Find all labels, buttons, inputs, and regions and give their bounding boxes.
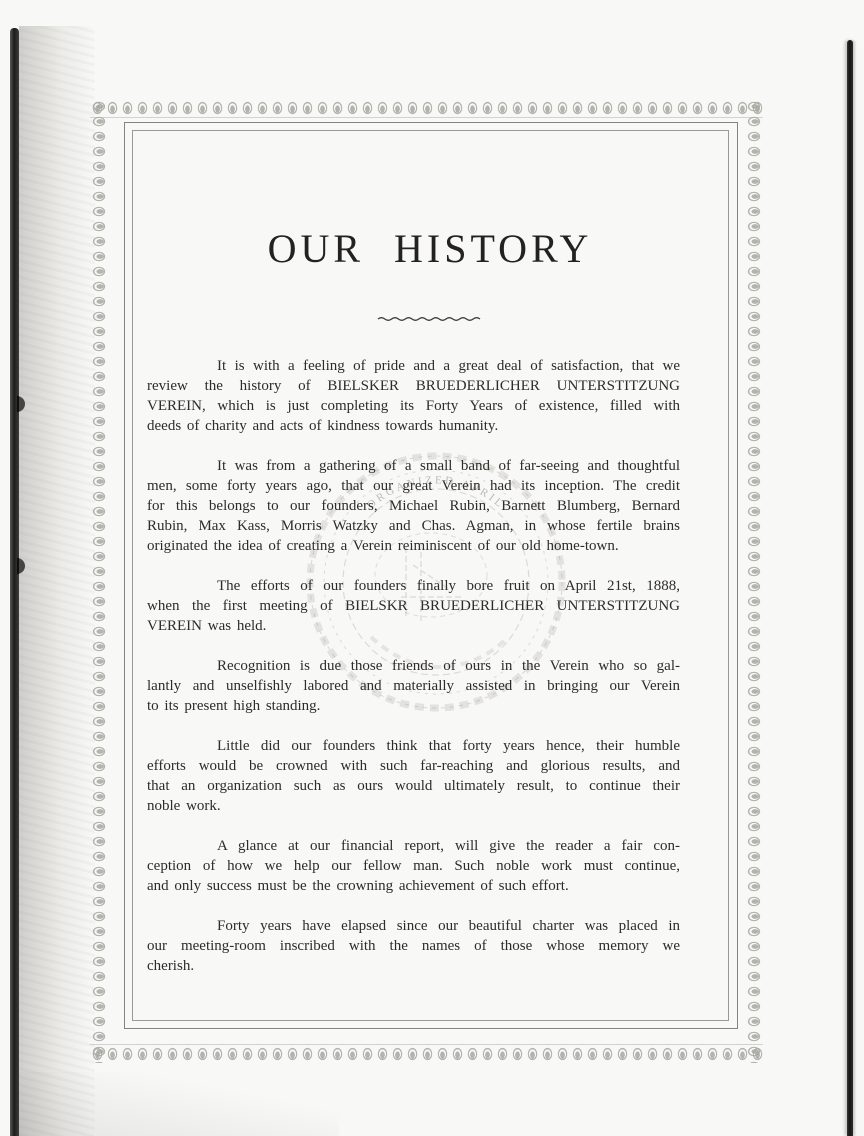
wavy-rule-divider xyxy=(376,315,484,323)
border-band-left xyxy=(90,99,108,1063)
text-line: deeds of charity and acts of kindness to… xyxy=(147,416,680,436)
text-line: that an organization such as ours would … xyxy=(147,776,680,796)
border-band-top xyxy=(90,99,763,118)
body-paragraph: The efforts of our founders finally bore… xyxy=(147,576,680,636)
text-line: men, some forty years ago, that our grea… xyxy=(147,476,680,496)
text-line: and only success must be the crowning ac… xyxy=(147,876,680,896)
book-gutter-shadow xyxy=(10,28,19,1136)
text-line: efforts would be crowned with such far-r… xyxy=(147,756,680,776)
body-paragraph: It is with a feeling of pride and a grea… xyxy=(147,356,680,436)
border-band-bottom xyxy=(90,1044,763,1063)
page-edge-line xyxy=(847,40,853,1136)
text-line: cherish. xyxy=(147,956,680,976)
text-line: A glance at our financial report, will g… xyxy=(147,836,680,856)
text-line: The efforts of our founders finally bore… xyxy=(147,576,680,596)
page-content: OUR HISTORY It is with a feeling of prid… xyxy=(132,130,728,996)
text-line: for this belongs to our founders, Michae… xyxy=(147,496,680,516)
body-paragraph: Forty years have elapsed since our beaut… xyxy=(147,916,680,976)
text-line: to its present high standing. xyxy=(147,696,680,716)
page-edge-shading xyxy=(19,26,95,1136)
body-paragraph: A glance at our financial report, will g… xyxy=(147,836,680,896)
text-line: when the first meeting of BIELSKR BRUEDE… xyxy=(147,596,680,616)
text-line: ception of how we help our fellow man. S… xyxy=(147,856,680,876)
page-title: OUR HISTORY xyxy=(132,227,728,271)
page-corner-shading xyxy=(19,1072,339,1136)
text-line: lantly and unselfishly labored and mater… xyxy=(147,676,680,696)
text-line: originated the idea of creating a Verein… xyxy=(147,536,680,556)
border-band-right xyxy=(745,99,763,1063)
text-line: It is with a feeling of pride and a grea… xyxy=(147,356,680,376)
text-line: Rubin, Max Kass, Morris Watzky and Chas.… xyxy=(147,516,680,536)
text-line: our meeting-room inscribed with the name… xyxy=(147,936,680,956)
text-line: It was from a gathering of a small band … xyxy=(147,456,680,476)
text-line: VEREIN was held. xyxy=(147,616,680,636)
text-line: review the history of BIELSKER BRUEDERLI… xyxy=(147,376,680,396)
text-line: VEREIN, which is just completing its For… xyxy=(147,396,680,416)
text-line: Little did our founders think that forty… xyxy=(147,736,680,756)
body-paragraph: Recognition is due those friends of ours… xyxy=(147,656,680,716)
scanned-page: ORGANIZED APRIL OUR HISTORY It is with a… xyxy=(0,0,864,1136)
body-paragraph: Little did our founders think that forty… xyxy=(147,736,680,816)
body-paragraph: It was from a gathering of a small band … xyxy=(147,456,680,556)
text-line: Recognition is due those friends of ours… xyxy=(147,656,680,676)
text-line: noble work. xyxy=(147,796,680,816)
body-text: It is with a feeling of pride and a grea… xyxy=(132,356,728,976)
text-line: Forty years have elapsed since our beaut… xyxy=(147,916,680,936)
